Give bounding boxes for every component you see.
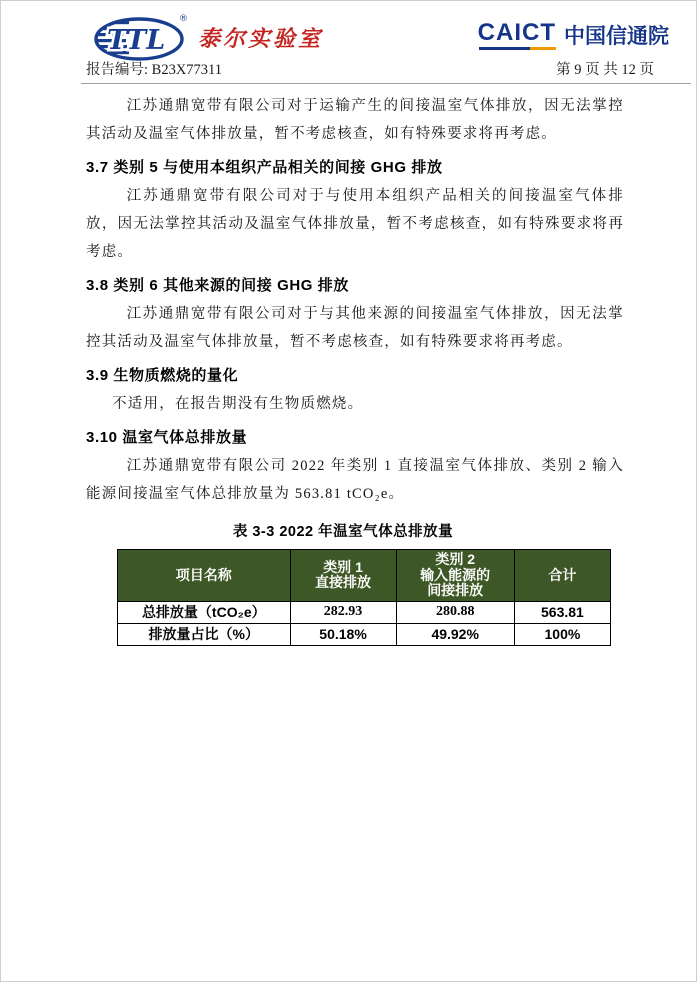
emissions-table: 项目名称 类别 1 直接排放 类别 2 输入能源的 间接排放 合计: [117, 549, 611, 646]
report-page: TTL ® 泰尔实验室 CAICT 中国信通院 报告编号: B23X77311 …: [0, 0, 697, 982]
paragraph-transport-emissions: 江苏通鼎宽带有限公司对于运输产生的间接温室气体排放，因无法掌控其活动及温室气体排…: [86, 92, 624, 148]
table-cell: 280.88: [396, 601, 514, 623]
page-header: TTL ® 泰尔实验室 CAICT 中国信通院: [1, 1, 696, 59]
row-label: 总排放量（tCO₂e）: [118, 601, 291, 623]
paragraph-3-10: 江苏通鼎宽带有限公司 2022 年类别 1 直接温室气体排放、类别 2 输入能源…: [86, 452, 624, 508]
table-cell: 50.18%: [290, 623, 396, 645]
table-cell: 563.81: [514, 601, 610, 623]
meta-row: 报告编号: B23X77311 第 9 页 共 12 页: [1, 62, 696, 79]
report-number: 报告编号: B23X77311: [86, 62, 222, 79]
caict-wordmark-text: CAICT: [478, 19, 556, 46]
heading-3-9: 3.9 生物质燃烧的量化: [86, 364, 624, 385]
table-row-emission-share: 排放量占比（%） 50.18% 49.92% 100%: [118, 623, 611, 645]
table-row-total-emissions: 总排放量（tCO₂e） 282.93 280.88 563.81: [118, 601, 611, 623]
paragraph-3-9: 不适用，在报告期没有生物质燃烧。: [86, 390, 624, 418]
page-indicator: 第 9 页 共 12 页: [556, 62, 654, 79]
caict-logo: CAICT 中国信通院: [478, 21, 669, 50]
col-header-item-name: 项目名称: [118, 550, 291, 602]
col-header-total: 合计: [514, 550, 610, 602]
paragraph-3-7: 江苏通鼎宽带有限公司对于与使用本组织产品相关的间接温室气体排放，因无法掌控其活动…: [86, 182, 624, 266]
table-cell: 100%: [514, 623, 610, 645]
registered-trademark-icon: ®: [179, 14, 188, 24]
table-caption: 表 3-3 2022 年温室气体总排放量: [86, 520, 600, 541]
ttl-calligraphy-text: 泰尔实验室: [198, 22, 323, 53]
col-header-category1: 类别 1 直接排放: [290, 550, 396, 602]
row-label: 排放量占比（%）: [118, 623, 291, 645]
report-body: 江苏通鼎宽带有限公司对于运输产生的间接温室气体排放，因无法掌控其活动及温室气体排…: [1, 84, 696, 646]
heading-3-10: 3.10 温室气体总排放量: [86, 426, 624, 447]
heading-3-7: 3.7 类别 5 与使用本组织产品相关的间接 GHG 排放: [86, 156, 624, 177]
col-header-category2: 类别 2 输入能源的 间接排放: [396, 550, 514, 602]
paragraph-3-8: 江苏通鼎宽带有限公司对于与其他来源的间接温室气体排放，因无法掌控其活动及温室气体…: [86, 300, 624, 356]
caict-wordmark: CAICT: [478, 21, 556, 50]
table-cell: 282.93: [290, 601, 396, 623]
caict-cn-name: 中国信通院: [564, 24, 669, 50]
ttl-lab-logo: TTL ® 泰尔实验室: [93, 12, 323, 62]
heading-3-8: 3.8 类别 6 其他来源的间接 GHG 排放: [86, 274, 624, 295]
table-cell: 49.92%: [396, 623, 514, 645]
svg-text:TTL: TTL: [107, 25, 165, 56]
table-header-row: 项目名称 类别 1 直接排放 类别 2 输入能源的 间接排放 合计: [118, 550, 611, 602]
caict-underline-icon: [479, 47, 556, 50]
ttl-ellipse-logo-icon: TTL ®: [93, 12, 197, 62]
